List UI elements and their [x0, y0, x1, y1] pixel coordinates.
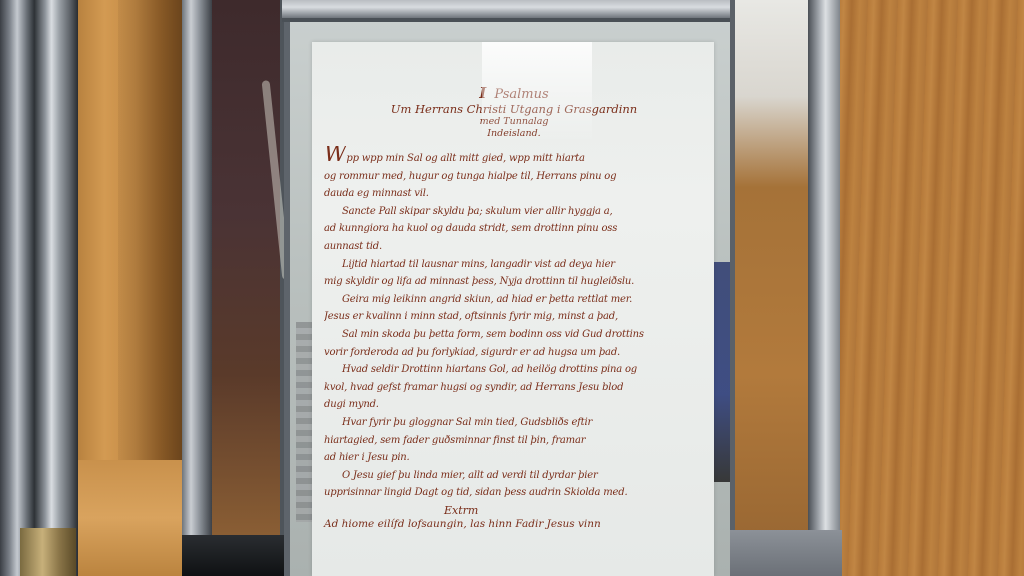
verse-line: mig skyldir og lifa ad minnast þess, Nyj… — [324, 273, 704, 291]
verse-line: Wpp wpp min Sal og allt mitt gied, wpp m… — [324, 146, 704, 168]
psalm-subtitle-3: Indeisland. — [324, 128, 704, 140]
psalm-body: Wpp wpp min Sal og allt mitt gied, wpp m… — [324, 146, 704, 502]
verse-line: Sancte Pall skipar skyldu þa; skulum vie… — [324, 203, 704, 221]
case-top-rail — [282, 0, 742, 22]
verse-line: vorir forderoda ad þu forlykiad, sigurdr… — [324, 344, 704, 362]
psalm-title: Psalmus — [494, 87, 548, 102]
verse-line: dauda eg minnast vil. — [324, 185, 704, 203]
verse-line: Geira mig leikinn angrid skiun, ad hiad … — [324, 291, 704, 309]
steel-column-left — [0, 0, 78, 576]
verse-line: Sal min skoda þu þetta form, sem bodinn … — [324, 326, 704, 344]
photo-scene: IPsalmus Um Herrans Christi Utgang i Gra… — [0, 0, 1024, 576]
case-base-right — [730, 530, 842, 576]
verse-line: aunnast tid. — [324, 238, 704, 256]
case-glass-panel-left — [212, 0, 284, 535]
verse-line: kvol, hvad gefst framar hugsi og syndir,… — [324, 379, 704, 397]
verse-line: og rommur med, hugur og tunga hialpe til… — [324, 168, 704, 186]
case-frame-right — [808, 0, 840, 545]
verse-line: O Jesu gief þu linda mier, allt ad verdi… — [324, 467, 704, 485]
person-reflection — [714, 262, 730, 482]
psalm-subtitle-2: med Tunnalag — [324, 116, 704, 128]
psalm-heading: IPsalmus — [324, 86, 704, 102]
case-glass-panel-right — [730, 0, 814, 535]
wooden-door-right — [838, 0, 1024, 576]
verse-line: ad kunngiora ha kuol og dauda stridt, se… — [324, 220, 704, 238]
closing-line: Ad hiome eilífd lofsaungin, las hinn Fad… — [324, 516, 704, 532]
brass-column-foot — [20, 528, 76, 576]
verse-line: Lijtid hiartad til lausnar mins, langadi… — [324, 256, 704, 274]
verse-line: Jesus er kvalinn i minn stad, oftsinnis … — [324, 308, 704, 326]
wooden-floor — [78, 460, 188, 576]
psalm-manuscript: IPsalmus Um Herrans Christi Utgang i Gra… — [312, 42, 714, 576]
case-frame-left — [182, 0, 212, 545]
margin-annotation: Extrm — [324, 506, 704, 516]
verse-line: ad hier i Jesu pin. — [324, 449, 704, 467]
verse-line: hiartagied, sem fader guðsminnar finst t… — [324, 432, 704, 450]
verse-line: dugi mynd. — [324, 396, 704, 414]
wooden-wall-shadow — [118, 0, 183, 470]
psalm-subtitle: Um Herrans Christi Utgang i Grasgardinn — [324, 102, 704, 116]
psalm-number: I — [479, 84, 486, 102]
verse-line: upprisinnar lingid Dagt og tid, sidan þe… — [324, 484, 704, 502]
verse-line: Hvar fyrir þu gloggnar Sal min tied, Gud… — [324, 414, 704, 432]
verse-line: Hvad seldir Drottinn hiartans Gol, ad he… — [324, 361, 704, 379]
